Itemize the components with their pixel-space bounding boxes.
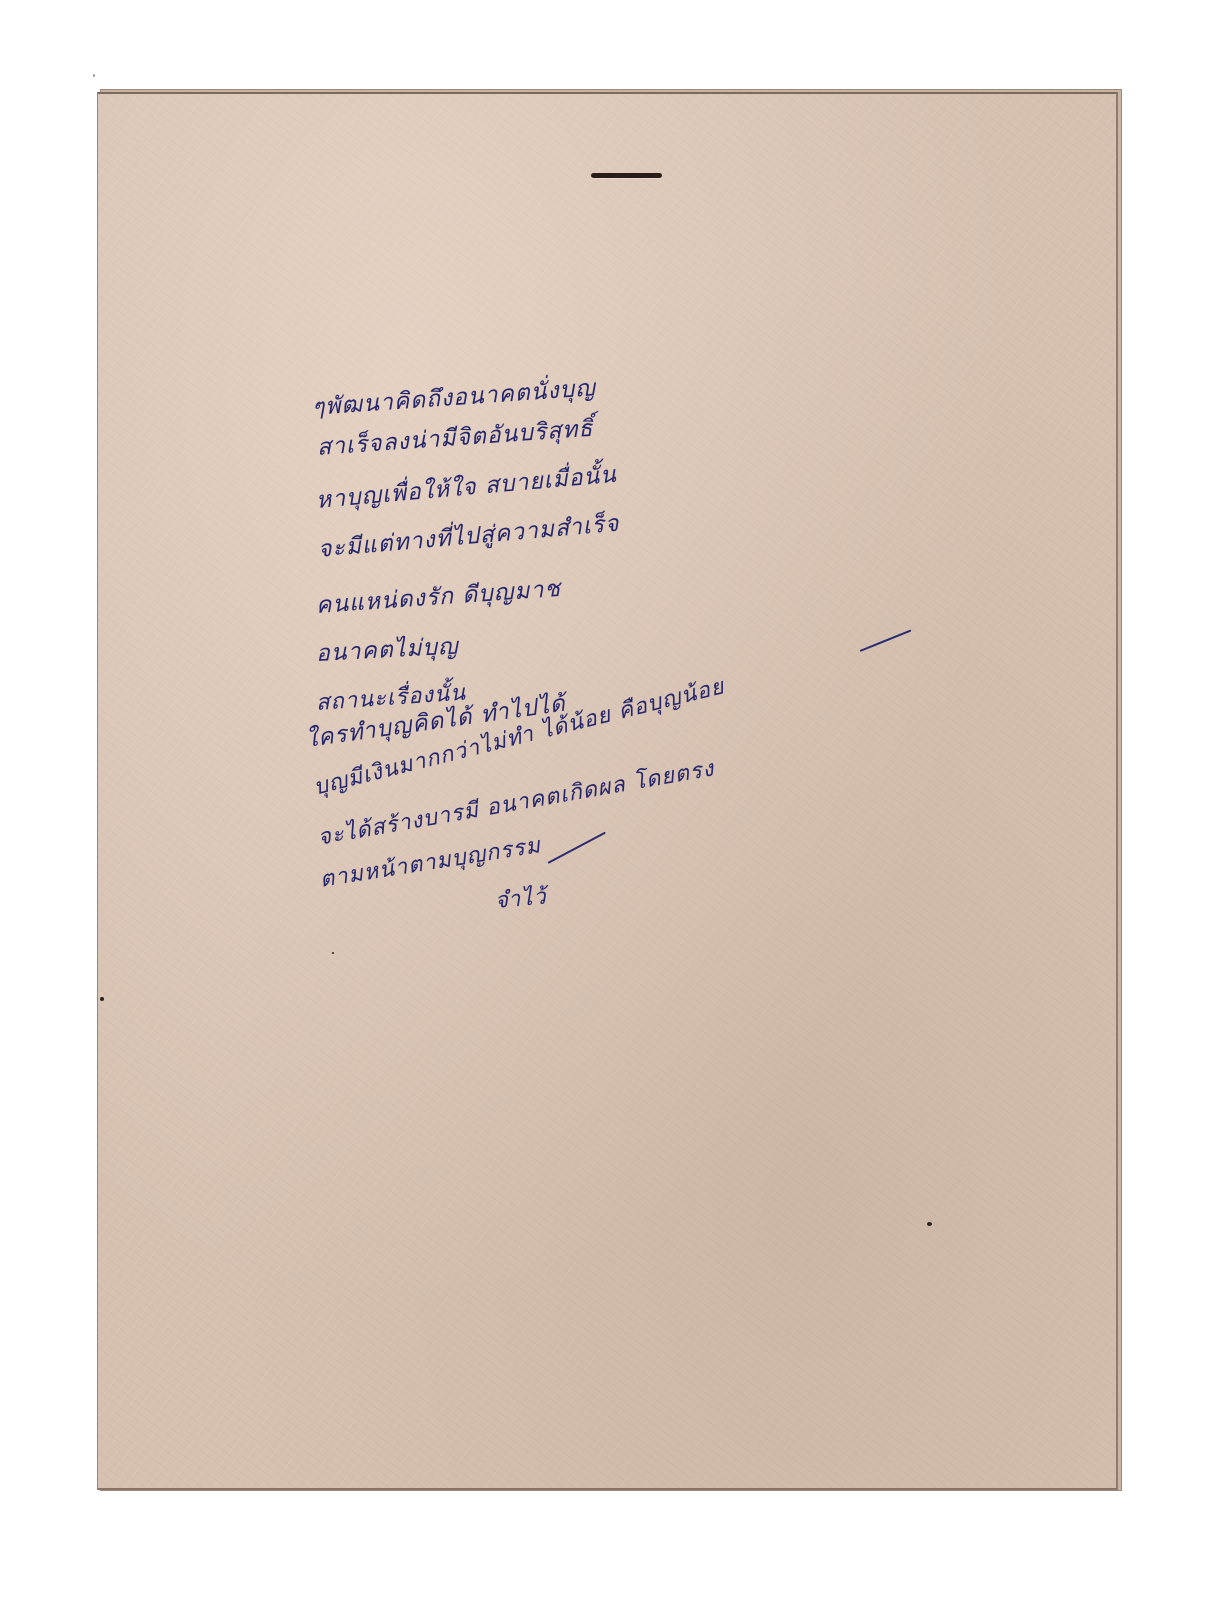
handwritten-line: อนาคตไม่บุญ (315, 629, 459, 672)
ink-speck-mark (100, 997, 104, 1001)
ink-speck-mark (93, 74, 95, 77)
ink-speck-mark (927, 1222, 932, 1226)
staple-icon (591, 173, 662, 178)
ink-speck-mark (332, 952, 334, 954)
handwritten-signature: จำไว้ (493, 879, 548, 918)
